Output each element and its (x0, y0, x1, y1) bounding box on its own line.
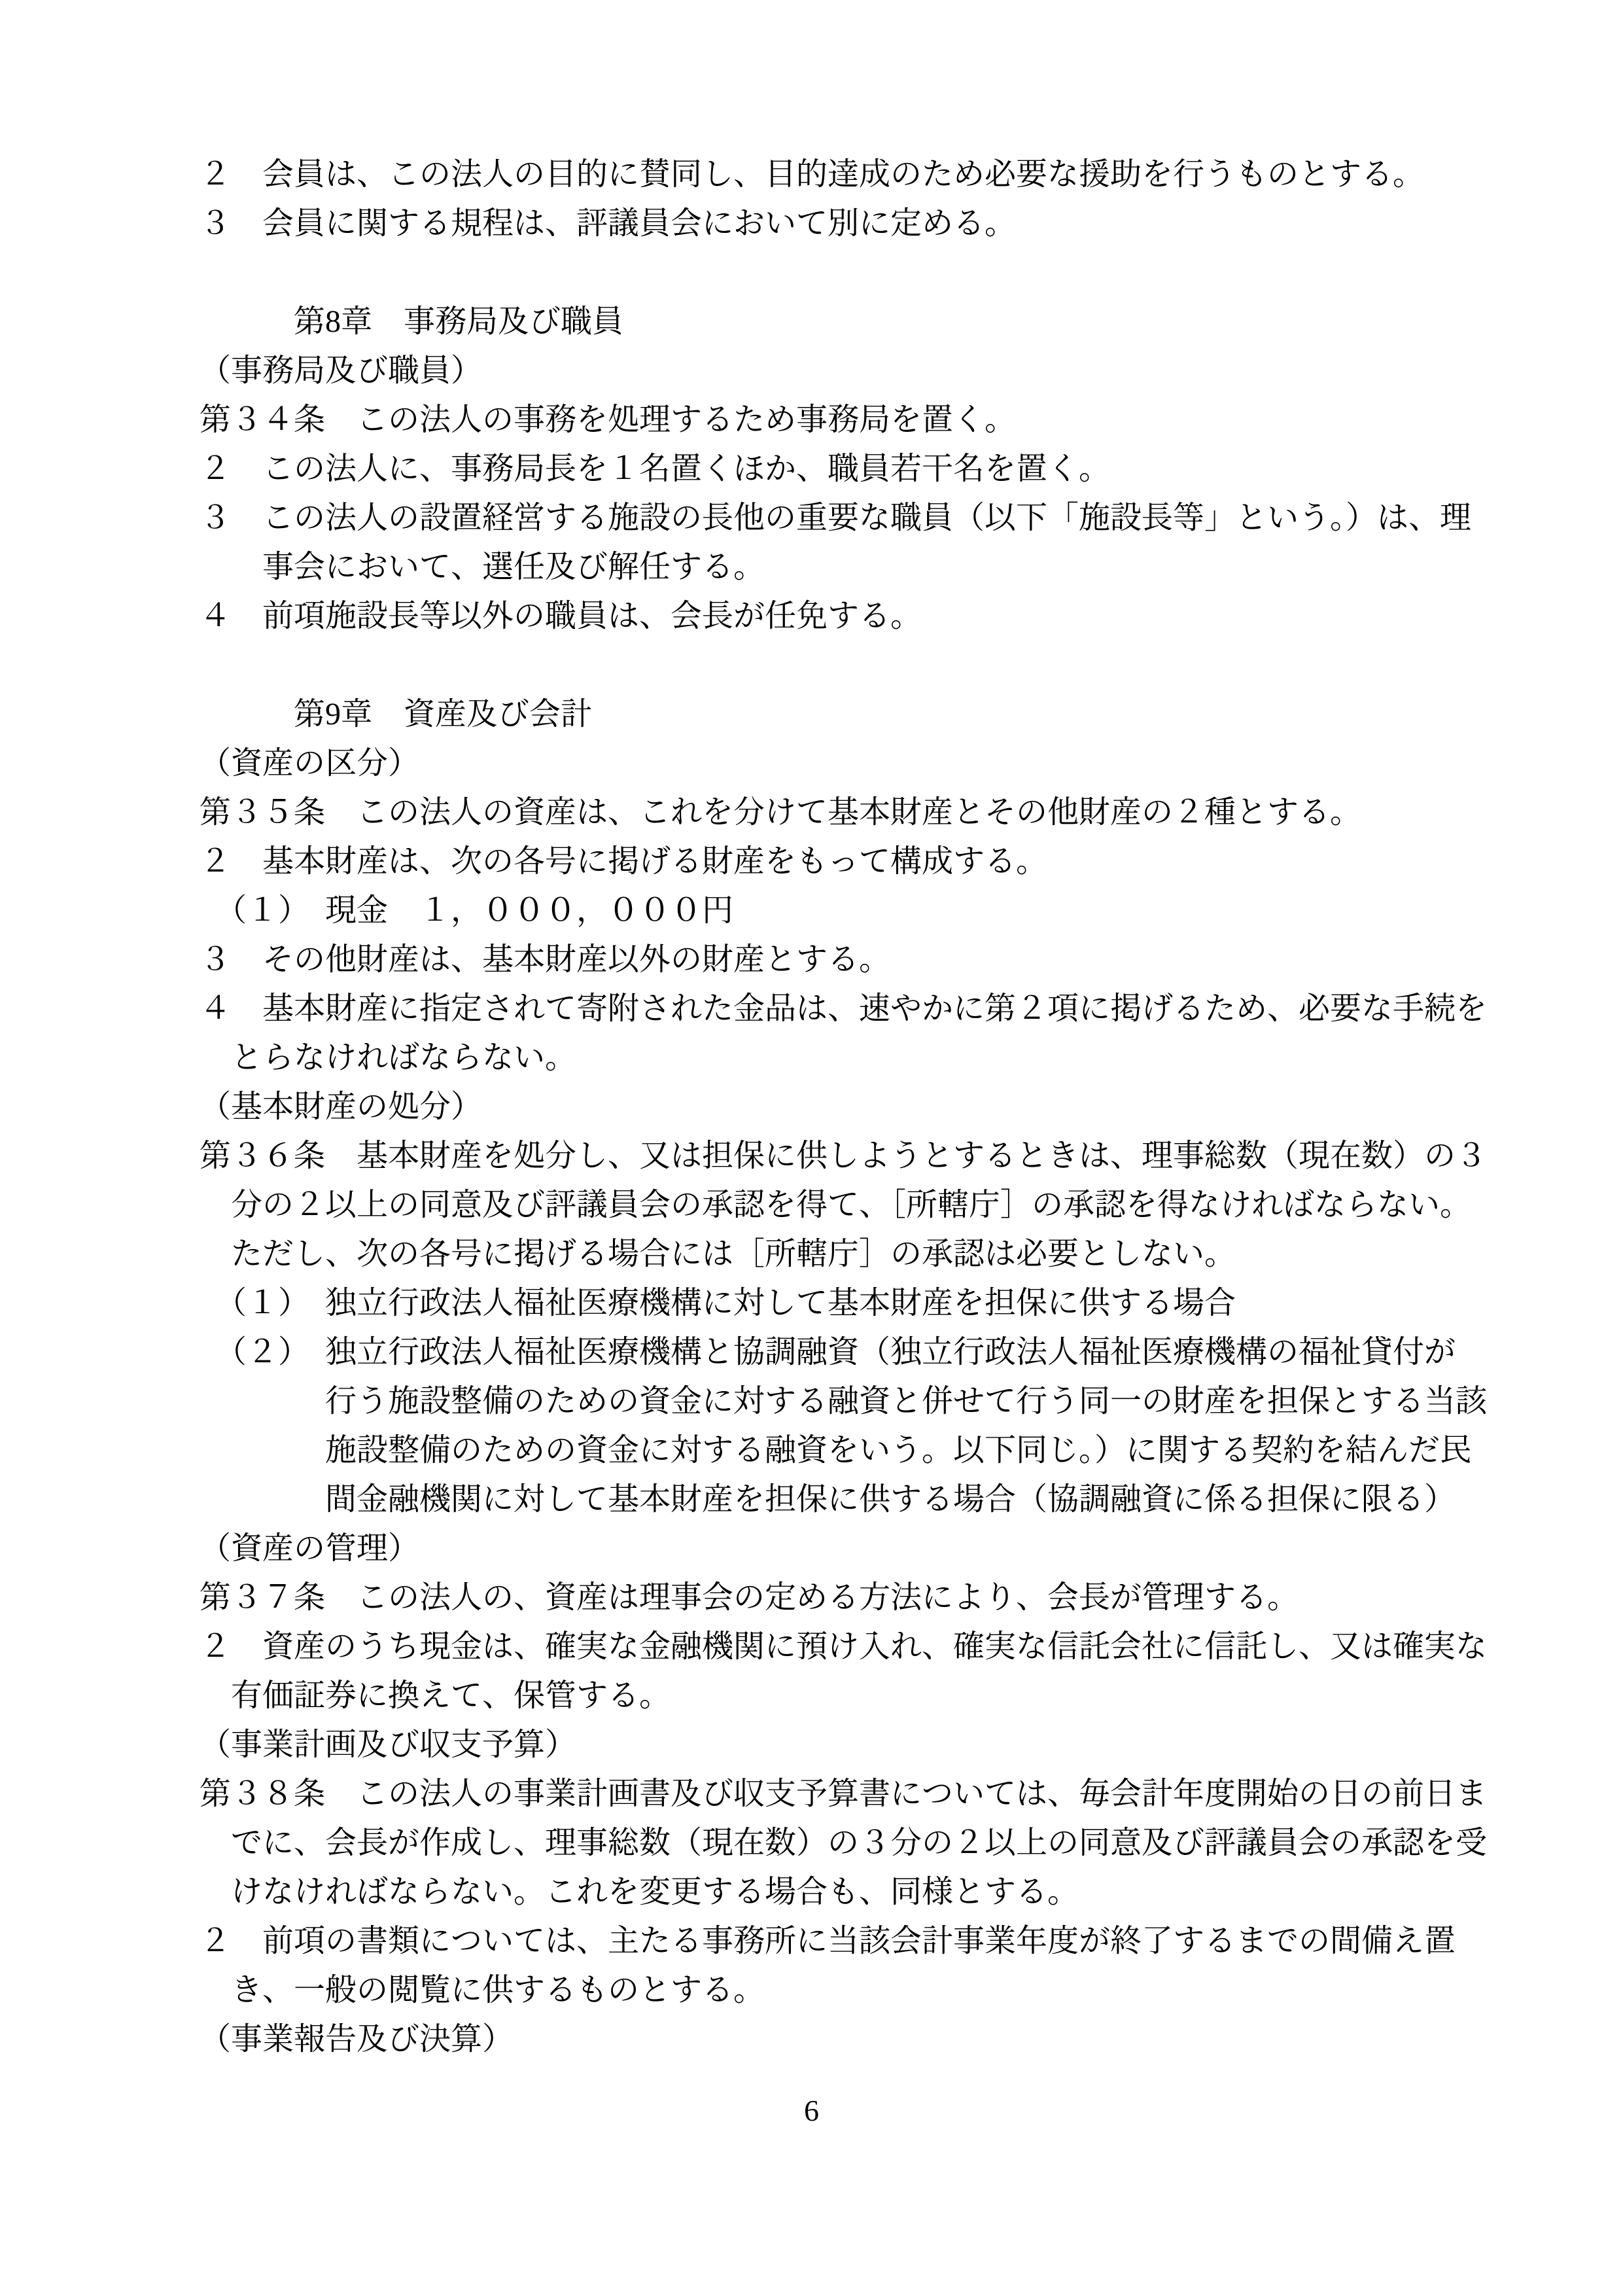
document-line: ４ 前項施設長等以外の職員は、会長が任免する。 (200, 592, 1487, 641)
document-line: （基本財産の処分） (200, 1082, 1487, 1131)
document-text-block: ２ 会員は、この法人の目的に賛同し、目的達成のため必要な援助を行うものとする。３… (200, 150, 1487, 2064)
document-line: （１） 現金 １，０００，０００円 (200, 886, 1487, 935)
document-line: ３ その他財産は、基本財産以外の財産とする。 (200, 935, 1487, 984)
page-number: 6 (0, 2091, 1623, 2130)
document-page: ２ 会員は、この法人の目的に賛同し、目的達成のため必要な援助を行うものとする。３… (0, 0, 1623, 2296)
document-line: 間金融機関に対して基本財産を担保に供する場合（協調融資に係る担保に限る） (200, 1475, 1487, 1524)
document-line: （事務局及び職員） (200, 346, 1487, 395)
document-line: 事会において、選任及び解任する。 (200, 542, 1487, 592)
document-line: ２ 前項の書類については、主たる事務所に当該会計事業年度が終了するまでの間備え置 (200, 1916, 1487, 1966)
document-line: 第３８条 この法人の事業計画書及び収支予算書については、毎会計年度開始の日の前日… (200, 1769, 1487, 1818)
document-line: （資産の管理） (200, 1524, 1487, 1573)
document-line: （２） 独立行政法人福祉医療機構と協調融資（独立行政法人福祉医療機構の福祉貸付が (200, 1328, 1487, 1377)
document-line: （１） 独立行政法人福祉医療機構に対して基本財産を担保に供する場合 (200, 1279, 1487, 1328)
document-line: ２ 基本財産は、次の各号に掲げる財産をもって構成する。 (200, 837, 1487, 886)
document-line: けなければならない。これを変更する場合も、同様とする。 (200, 1867, 1487, 1916)
document-line: 第３４条 この法人の事務を処理するため事務局を置く。 (200, 395, 1487, 444)
document-line: （資産の区分） (200, 739, 1487, 788)
document-line: き、一般の閲覧に供するものとする。 (200, 1966, 1487, 2015)
document-line: ３ この法人の設置経営する施設の長他の重要な職員（以下「施設長等」という。）は、… (200, 493, 1487, 542)
document-line: 行う施設整備のための資金に対する融資と併せて行う同一の財産を担保とする当該 (200, 1377, 1487, 1426)
document-line: ２ 資産のうち現金は、確実な金融機関に預け入れ、確実な信託会社に信託し、又は確実… (200, 1622, 1487, 1671)
document-line: 第３５条 この法人の資産は、これを分けて基本財産とその他財産の２種とする。 (200, 788, 1487, 837)
document-line: でに、会長が作成し、理事総数（現在数）の３分の２以上の同意及び評議員会の承認を受 (200, 1818, 1487, 1867)
document-line: 第３６条 基本財産を処分し、又は担保に供しようとするときは、理事総数（現在数）の… (200, 1131, 1487, 1180)
document-line: 有価証券に換えて、保管する。 (200, 1671, 1487, 1720)
document-line: ４ 基本財産に指定されて寄附された金品は、速やかに第２項に掲げるため、必要な手続… (200, 984, 1487, 1033)
document-line (200, 641, 1487, 690)
document-line: 第8章 事務局及び職員 (200, 297, 1487, 346)
document-line: 施設整備のための資金に対する融資をいう。以下同じ。）に関する契約を結んだ民 (200, 1426, 1487, 1475)
document-line (200, 248, 1487, 297)
document-line: （事業報告及び決算） (200, 2015, 1487, 2064)
document-line: ３ 会員に関する規程は、評議員会において別に定める。 (200, 199, 1487, 248)
document-line: 第9章 資産及び会計 (200, 690, 1487, 739)
document-line: とらなければならない。 (200, 1033, 1487, 1082)
document-line: （事業計画及び収支予算） (200, 1720, 1487, 1769)
document-line: ただし、次の各号に掲げる場合には［所轄庁］の承認は必要としない。 (200, 1229, 1487, 1279)
document-line: ２ この法人に、事務局長を１名置くほか、職員若干名を置く。 (200, 444, 1487, 493)
document-line: 第３７条 この法人の、資産は理事会の定める方法により、会長が管理する。 (200, 1573, 1487, 1622)
document-line: ２ 会員は、この法人の目的に賛同し、目的達成のため必要な援助を行うものとする。 (200, 150, 1487, 199)
document-line: 分の２以上の同意及び評議員会の承認を得て、［所轄庁］の承認を得なければならない。 (200, 1180, 1487, 1229)
